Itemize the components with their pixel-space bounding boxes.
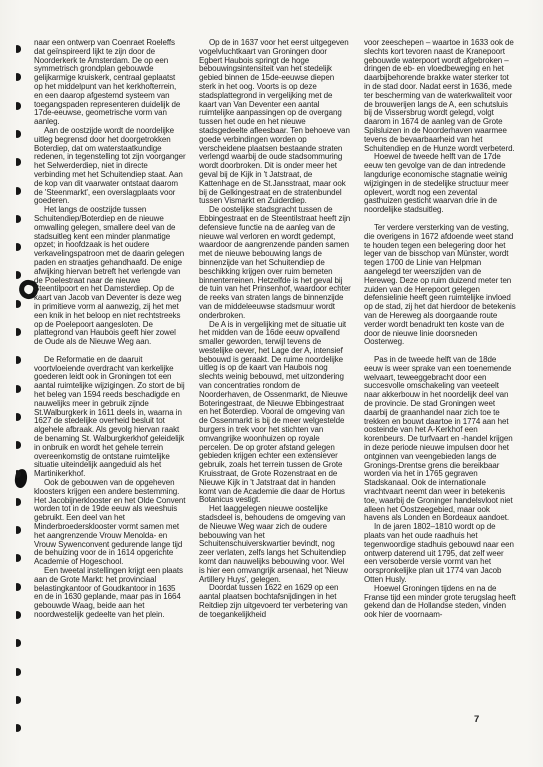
binding-mark-icon	[16, 130, 21, 138]
paragraph: naar een ontwerp van Coenraet Roeleffs d…	[34, 39, 186, 127]
paragraph: In de jaren 1802–1810 wordt op de plaats…	[364, 523, 516, 585]
binding-mark-icon	[16, 639, 21, 647]
binding-mark-icon	[16, 724, 21, 732]
binding-mark-icon	[16, 696, 21, 704]
paragraph: Het langs de oostzijde tussen Schuitendi…	[34, 206, 186, 347]
paragraph: Een tweetal instellingen krijgt een plaa…	[34, 567, 186, 620]
paragraph: Hoewel de tweede helft van de 17de eeuw …	[364, 153, 516, 215]
binding-mark-icon	[16, 271, 21, 279]
binding-mark-icon	[16, 668, 21, 676]
paragraph: Ook de gebouwen van de opgeheven klooste…	[34, 479, 186, 567]
binding-mark-icon	[16, 554, 21, 562]
page-number: 7	[474, 714, 479, 725]
binding-mark-icon	[16, 158, 21, 166]
binding-mark-icon	[16, 243, 21, 251]
paragraph: Ter verdere versterking van de vesting, …	[364, 224, 516, 347]
paragraph: Op de in 1637 voor het eerst uitgegeven …	[199, 39, 351, 206]
paragraph: De Reformatie en de daaruit voortvloeien…	[34, 356, 186, 479]
binding-mark-icon	[16, 413, 21, 421]
binding-mark-icon	[16, 441, 21, 449]
binding-mark-icon	[16, 328, 21, 336]
text-column-middle: Op de in 1637 voor het eerst uitgegeven …	[199, 39, 351, 620]
binding-mark-icon	[16, 526, 21, 534]
text-column-left: naar een ontwerp van Coenraet Roeleffs d…	[34, 39, 186, 620]
book-page: naar een ontwerp van Coenraet Roeleffs d…	[0, 0, 543, 767]
paragraph: De oostelijke stadsgracht tussen de Ebbi…	[199, 206, 351, 320]
binding-mark-icon	[16, 583, 21, 591]
paragraph: De A is in vergelijking met de situatie …	[199, 321, 351, 506]
binding-mark-icon	[16, 356, 21, 364]
binding-mark-icon	[16, 300, 21, 308]
binding-mark-icon	[16, 102, 21, 110]
paragraph: Hoewel Groningen tijdens en na de Franse…	[364, 585, 516, 620]
binding-mark-icon	[16, 385, 21, 393]
text-columns: naar een ontwerp van Coenraet Roeleffs d…	[34, 39, 516, 620]
binding-mark-icon	[16, 45, 21, 53]
binding-mark-icon	[16, 611, 21, 619]
paragraph: voor zeeschepen – waartoe in 1633 ook de…	[364, 39, 516, 153]
binding-mark-icon	[16, 73, 21, 81]
paragraph: Het laaggelegen nieuwe oostelijke stadsd…	[199, 505, 351, 584]
paragraph: Pas in de tweede helft van de 18de eeuw …	[364, 356, 516, 523]
paragraph: Aan de oostzijde wordt de noordelijke ui…	[34, 127, 186, 206]
binding-mark-icon	[16, 187, 21, 195]
binding-mark-icon	[16, 215, 21, 223]
paragraph: Doordat tussen 1622 en 1629 op een aanta…	[199, 584, 351, 619]
binding-marks	[0, 0, 30, 767]
binding-mark-icon	[16, 470, 21, 478]
binding-mark-icon	[16, 498, 21, 506]
text-column-right: voor zeeschepen – waartoe in 1633 ook de…	[364, 39, 516, 620]
